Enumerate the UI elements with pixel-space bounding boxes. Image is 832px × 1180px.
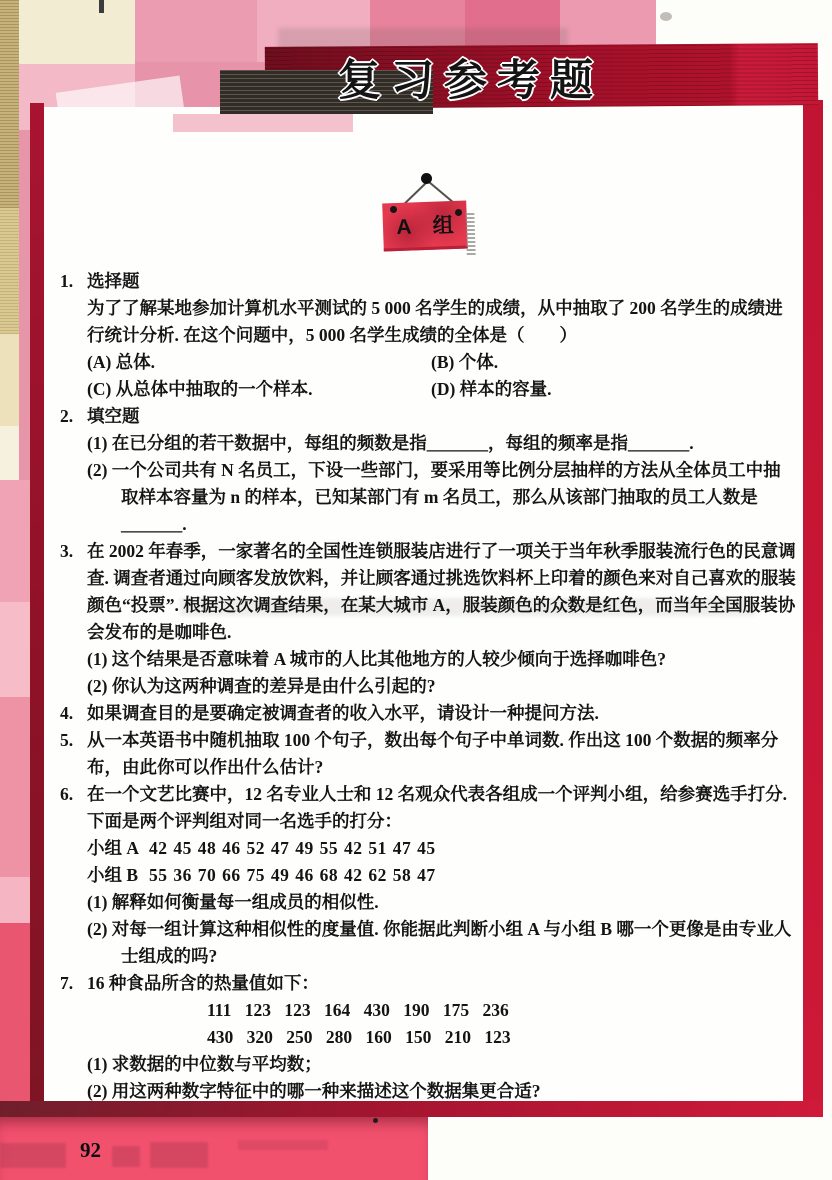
problem-7-item-1: (1) 求数据的中位数与平均数；	[87, 1051, 796, 1078]
option-c: (C) 从总体中抽取的一个样本.	[87, 376, 431, 403]
sign-edge-hatch	[465, 211, 476, 255]
problem-7: 7. 16 种食品所含的热量值如下： 111 123 123 164 430 1…	[60, 970, 796, 1105]
group-a-label: 小组 A	[87, 835, 149, 862]
group-b-label: 小组 B	[87, 862, 149, 889]
problem-1: 1. 选择题 为了了解某地参加计算机水平测试的 5 000 名学生的成绩，从中抽…	[60, 268, 796, 403]
collage-pale-pink-strip	[173, 114, 353, 132]
collage-pink-block	[0, 697, 33, 877]
collage-white-strip	[0, 426, 19, 482]
group-a-scores-row: 小组 A 42 45 48 46 52 47 49 55 42 51 47 45	[87, 835, 796, 862]
problem-2-item-2: (2) 一个公司共有 N 名员工，下设一些部门，要采用等比例分层抽样的方法从全体…	[87, 457, 796, 538]
textbook-page: 复习参考题 A 组 1. 选择题 为了了解某地参加计算机水平测试的 5 000 …	[0, 0, 832, 1180]
problem-3-item-1: (1) 这个结果是否意味着 A 城市的人比其他地方的人较少倾向于选择咖啡色?	[87, 646, 796, 673]
problem-7-body: 16 种食品所含的热量值如下：	[87, 970, 796, 997]
collage-tan-strip	[0, 0, 19, 208]
ink-smudge	[0, 1143, 66, 1168]
problem-number: 6.	[60, 781, 87, 970]
problem-7-item-2: (2) 用这两种数字特征中的哪一种来描述这个数据集更合适?	[87, 1078, 796, 1105]
frame-border-left	[30, 103, 44, 1115]
collage-tan-strip-light	[0, 208, 19, 334]
problem-list: 1. 选择题 为了了解某地参加计算机水平测试的 5 000 名学生的成绩，从中抽…	[60, 268, 796, 1105]
problem-number: 5.	[60, 727, 87, 781]
print-speck	[99, 0, 104, 13]
problem-number: 4.	[60, 700, 87, 727]
collage-cream-block	[19, 0, 135, 66]
problem-1-body: 为了了解某地参加计算机水平测试的 5 000 名学生的成绩，从中抽取了 200 …	[87, 295, 796, 349]
page-title: 复习参考题	[338, 55, 668, 107]
calorie-values-row-1: 111 123 123 164 430 190 175 236	[87, 997, 796, 1024]
collage-cream-strip	[0, 334, 19, 426]
problem-3-body: 在 2002 年春季，一家著名的全国性连锁服装店进行了一项关于当年秋季服装流行色…	[87, 538, 796, 646]
print-speck	[660, 12, 672, 21]
problem-3-item-2: (2) 你认为这两种调查的差异是由什么引起的?	[87, 673, 796, 700]
problem-6-item-1: (1) 解释如何衡量每一组成员的相似性.	[87, 889, 796, 916]
problem-2-item-1: (1) 在已分组的若干数据中，每组的频数是指_______，每组的频率是指___…	[87, 430, 796, 457]
group-b-scores-row: 小组 B 55 36 70 66 75 49 46 68 42 62 58 47	[87, 862, 796, 889]
problem-3: 3. 在 2002 年春季，一家著名的全国性连锁服装店进行了一项关于当年秋季服装…	[60, 538, 796, 700]
print-speck	[373, 1118, 378, 1123]
problem-number: 3.	[60, 538, 87, 700]
collage-pink-block	[0, 877, 33, 923]
frame-border-right	[803, 100, 823, 1117]
problem-4-body: 如果调查目的是要确定被调查者的收入水平，请设计一种提问方法.	[87, 700, 796, 727]
section-a-label: A 组	[388, 208, 462, 241]
problem-6-body: 在一个文艺比赛中，12 名专业人士和 12 名观众代表各组成一个评判小组，给参赛…	[87, 781, 796, 835]
group-b-scores: 55 36 70 66 75 49 46 68 42 62 58 47	[149, 862, 436, 889]
options-row-2: (C) 从总体中抽取的一个样本. (D) 样本的容量.	[87, 376, 796, 403]
problem-4: 4. 如果调查目的是要确定被调查者的收入水平，请设计一种提问方法.	[60, 700, 796, 727]
option-a: (A) 总体.	[87, 349, 431, 376]
collage-pink-block	[0, 923, 33, 1119]
page-number: 92	[80, 1138, 101, 1163]
collage-pink-block	[0, 480, 33, 602]
option-b: (B) 个体.	[431, 349, 498, 376]
calorie-values-row-2: 430 320 250 280 160 150 210 123	[87, 1024, 796, 1051]
collage-pink-block	[135, 0, 257, 64]
problem-5: 5. 从一本英语书中随机抽取 100 个句子，数出每个句子中单词数. 作出这 1…	[60, 727, 796, 781]
collage-pink-block	[0, 602, 33, 697]
ink-smudge	[150, 1142, 208, 1168]
ink-smudge	[238, 1140, 328, 1150]
ink-smudge	[112, 1146, 140, 1167]
sign-pin-left	[390, 206, 397, 213]
problem-2: 2. 填空题 (1) 在已分组的若干数据中，每组的频数是指_______，每组的…	[60, 403, 796, 538]
problem-1-title: 选择题	[87, 268, 796, 295]
sign-pin-right	[455, 209, 462, 216]
option-d: (D) 样本的容量.	[431, 376, 552, 403]
problem-6-item-2: (2) 对每一组计算这种相似性的度量值. 你能据此判断小组 A 与小组 B 哪一…	[87, 916, 796, 970]
group-a-scores: 42 45 48 46 52 47 49 55 42 51 47 45	[149, 835, 436, 862]
sign-nail	[421, 173, 432, 184]
problem-5-body: 从一本英语书中随机抽取 100 个句子，数出每个句子中单词数. 作出这 100 …	[87, 727, 796, 781]
problem-6: 6. 在一个文艺比赛中，12 名专业人士和 12 名观众代表各组成一个评判小组，…	[60, 781, 796, 970]
problem-number: 7.	[60, 970, 87, 1105]
problem-number: 1.	[60, 268, 87, 403]
options-row-1: (A) 总体. (B) 个体.	[87, 349, 796, 376]
problem-2-title: 填空题	[87, 403, 796, 430]
problem-number: 2.	[60, 403, 87, 538]
